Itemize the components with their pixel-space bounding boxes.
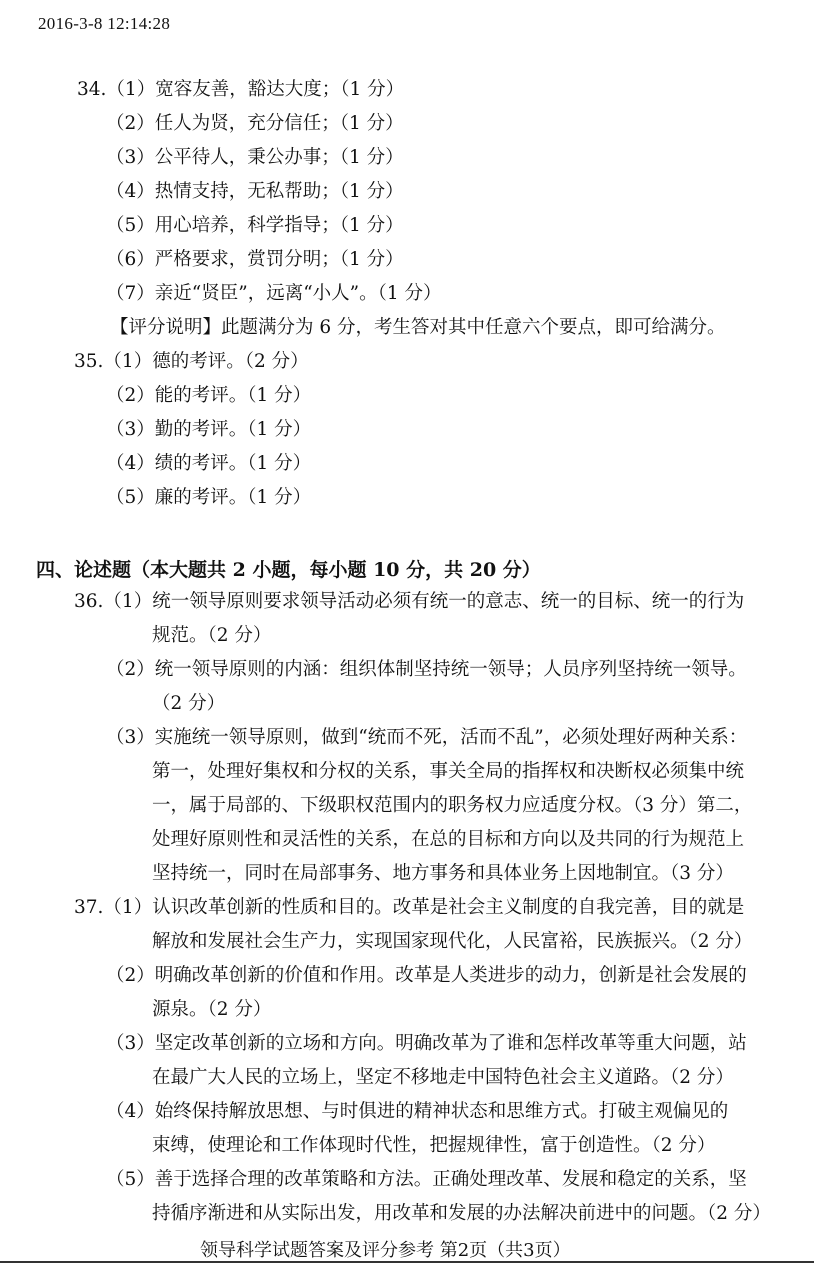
q36-item-2-cont: （2 分） — [152, 692, 225, 716]
q37-item-4: （4）始终保持解放思想、与时俱进的精神状态和思维方式。打破主观偏见的 — [106, 1100, 728, 1124]
q35-item-5: （5）廉的考评。（1 分） — [106, 486, 311, 510]
q37-item-4-cont: 束缚，使理论和工作体现时代性，把握规律性，富于创造性。（2 分） — [152, 1134, 715, 1158]
q35-item-4: （4）绩的考评。（1 分） — [106, 452, 311, 476]
q37-item-5: （5）善于选择合理的改革策略和方法。正确处理改革、发展和稳定的关系，坚 — [106, 1168, 747, 1192]
q37-item-3-cont: 在最广大人民的立场上，坚定不移地走中国特色社会主义道路。（2 分） — [152, 1066, 734, 1090]
q35-item-2: （2）能的考评。（1 分） — [106, 384, 311, 408]
q34-item-1: 34.（1）宽容友善，豁达大度；（1 分） — [77, 78, 404, 102]
q36-item-3: （3）实施统一领导原则，做到“统而不死，活而不乱”，必须处理好两种关系： — [106, 726, 747, 750]
q36-item-1-cont: 规范。（2 分） — [152, 624, 271, 648]
q36-item-2: （2）统一领导原则的内涵：组织体制坚持统一领导；人员序列坚持统一领导。 — [106, 658, 747, 682]
scan-timestamp: 2016-3-8 12:14:28 — [38, 14, 170, 34]
q34-item-4: （4）热情支持，无私帮助；（1 分） — [106, 180, 404, 204]
q34-item-6: （6）严格要求，赏罚分明；（1 分） — [106, 248, 404, 272]
q36-item-3-cont-4: 坚持统一，同时在局部事务、地方事务和具体业务上因地制宜。（3 分） — [152, 862, 734, 886]
q37-item-3: （3）坚定改革创新的立场和方向。明确改革为了谁和怎样改革等重大问题，站 — [106, 1032, 747, 1056]
q34-item-7: （7）亲近“贤臣”，远离“小人”。（1 分） — [106, 282, 442, 306]
q37-item-2-cont: 源泉。（2 分） — [152, 998, 271, 1022]
page-footer: 领导科学试题答案及评分参考 第2页（共3页） — [200, 1236, 571, 1262]
question-number: 37. — [74, 897, 103, 918]
q34-scoring-note: 【评分说明】此题满分为 6 分，考生答对其中任意六个要点，即可给满分。 — [110, 316, 726, 340]
q36-item-3-cont-2: 一，属于局部的、下级职权范围内的职务权力应适度分权。（3 分）第二， — [152, 794, 752, 818]
q36-item-1: 36.（1）统一领导原则要求领导活动必须有统一的意志、统一的目标、统一的行为 — [74, 590, 744, 614]
q34-item-2: （2）任人为贤，充分信任；（1 分） — [106, 112, 404, 136]
answer-key-page: 2016-3-8 12:14:28 34.（1）宽容友善，豁达大度；（1 分） … — [0, 0, 814, 1263]
q34-item-3: （3）公平待人，秉公办事；（1 分） — [106, 146, 404, 170]
q37-item-2: （2）明确改革创新的价值和作用。改革是人类进步的动力，创新是社会发展的 — [106, 964, 747, 988]
section-4-title: 四、论述题（本大题共 2 小题，每小题 10 分，共 20 分） — [36, 555, 541, 582]
q37-item-1: 37.（1）认识改革创新的性质和目的。改革是社会主义制度的自我完善，目的就是 — [74, 896, 744, 920]
question-number: 36. — [74, 591, 103, 612]
q36-item-3-cont-1: 第一，处理好集权和分权的关系，事关全局的指挥权和决断权必须集中统 — [152, 760, 744, 784]
q34-item-5: （5）用心培养，科学指导；（1 分） — [106, 214, 404, 238]
q36-item-3-cont-3: 处理好原则性和灵活性的关系，在总的目标和方向以及共同的行为规范上 — [152, 828, 744, 852]
q35-item-1: 35.（1）德的考评。（2 分） — [74, 350, 309, 374]
q37-item-5-cont: 持循序渐进和从实际出发，用改革和发展的办法解决前进中的问题。（2 分） — [152, 1202, 771, 1226]
q35-item-3: （3）勤的考评。（1 分） — [106, 418, 311, 442]
q37-item-1-cont: 解放和发展社会生产力，实现国家现代化，人民富裕，民族振兴。（2 分） — [152, 930, 752, 954]
question-number: 34. — [77, 79, 106, 100]
question-number: 35. — [74, 351, 103, 372]
